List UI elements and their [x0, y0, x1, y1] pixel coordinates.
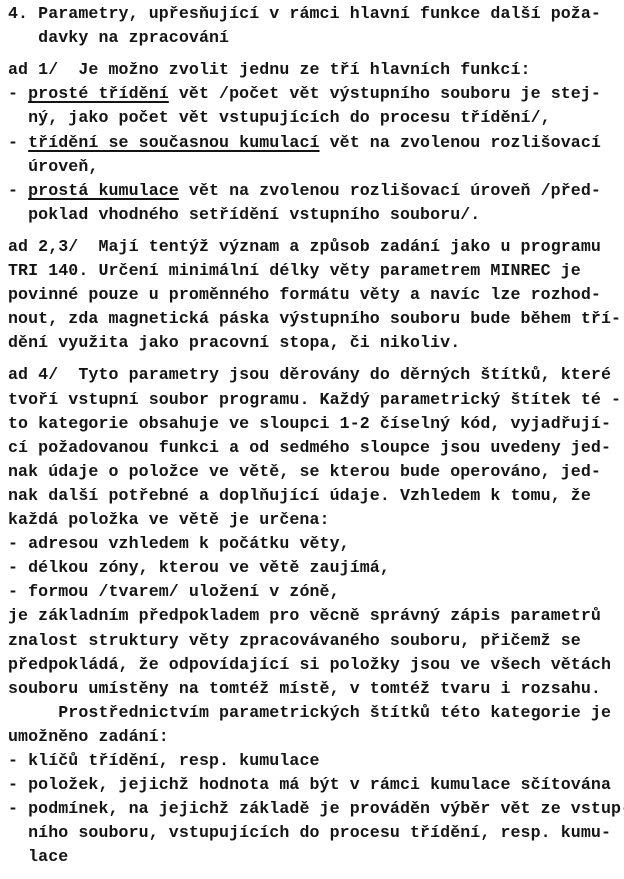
- underlined-term: třídění se současnou kumulací: [28, 133, 319, 152]
- text-line: každá položka ve větě je určena:: [8, 510, 330, 530]
- text-segment: předpokládá, že odpovídající si položky …: [8, 655, 611, 674]
- text-line: úroveň,: [8, 157, 98, 177]
- text-line: - prosté třídění vět /počet vět výstupní…: [8, 84, 601, 104]
- text-line: ný, jako počet vět vstupujících do proce…: [8, 108, 551, 128]
- text-line: tvoří vstupní soubor programu. Každý par…: [8, 390, 621, 410]
- text-line: davky na zpracování: [8, 28, 229, 48]
- text-line: poklad vhodného setřídění vstupního soub…: [8, 205, 480, 225]
- text-segment: - položek, jejichž hodnota má být v rámc…: [8, 775, 611, 794]
- text-segment: nout, zda magnetická páska výstupního so…: [8, 309, 621, 328]
- text-line: lace: [8, 847, 68, 867]
- text-line: - podmínek, na jejichž základě je provád…: [8, 799, 624, 819]
- text-line: nout, zda magnetická páska výstupního so…: [8, 309, 621, 329]
- text-line: ad 2,3/ Mají tentýž význam a způsob zadá…: [8, 237, 601, 257]
- text-line: je základním předpokladem pro věcně sprá…: [8, 606, 601, 626]
- text-line: to kategorie obsahuje ve sloupci 1-2 čís…: [8, 414, 611, 434]
- text-segment: -: [8, 133, 28, 152]
- text-line: ad 4/ Tyto parametry jsou děrovány do dě…: [8, 365, 611, 385]
- text-segment: vět na zvolenou rozlišovací úroveň /před…: [179, 181, 601, 200]
- text-line: - formou /tvarem/ uložení v zóně,: [8, 582, 340, 602]
- text-segment: poklad vhodného setřídění vstupního soub…: [8, 205, 480, 224]
- text-segment: dění využita jako pracovní stopa, či nik…: [8, 333, 460, 352]
- text-segment: ního souboru, vstupujících do procesu tř…: [8, 823, 611, 842]
- text-segment: - délkou zóny, kterou ve větě zaujímá,: [8, 558, 390, 577]
- text-line: dění využita jako pracovní stopa, či nik…: [8, 333, 460, 353]
- text-segment: ad 2,3/ Mají tentýž význam a způsob zadá…: [8, 237, 601, 256]
- text-line: ad 1/ Je možno zvolit jednu ze tří hlavn…: [8, 60, 531, 80]
- underlined-term: prosté třídění: [28, 84, 169, 103]
- text-segment: je základním předpokladem pro věcně sprá…: [8, 606, 601, 625]
- text-segment: -: [8, 84, 28, 103]
- text-segment: každá položka ve větě je určena:: [8, 510, 330, 529]
- text-segment: cí požadovanou funkci a od sedmého sloup…: [8, 438, 611, 457]
- text-line: ního souboru, vstupujících do procesu tř…: [8, 823, 611, 843]
- text-segment: -: [8, 181, 28, 200]
- text-line: - délkou zóny, kterou ve větě zaujímá,: [8, 558, 390, 578]
- text-segment: davky na zpracování: [8, 28, 229, 47]
- text-segment: Prostřednictvím parametrických štítků té…: [8, 703, 611, 722]
- text-line: 4. Parametry, upřesňující v rámci hlavní…: [8, 4, 601, 24]
- text-line: - třídění se současnou kumulací vět na z…: [8, 133, 601, 153]
- text-line: povinné pouze u proměnného formátu věty …: [8, 285, 601, 305]
- text-segment: umožněno zadání:: [8, 727, 169, 746]
- text-segment: ný, jako počet vět vstupujících do proce…: [8, 108, 551, 127]
- text-line: - položek, jejichž hodnota má být v rámc…: [8, 775, 611, 795]
- text-segment: ad 1/ Je možno zvolit jednu ze tří hlavn…: [8, 60, 531, 79]
- text-line: - prostá kumulace vět na zvolenou rozliš…: [8, 181, 601, 201]
- text-segment: vět /počet vět výstupního souboru je ste…: [169, 84, 601, 103]
- text-segment: nak další potřebné a doplňující údaje. V…: [8, 486, 591, 505]
- text-line: - klíčů třídění, resp. kumulace: [8, 751, 320, 771]
- text-segment: povinné pouze u proměnného formátu věty …: [8, 285, 601, 304]
- text-segment: tvoří vstupní soubor programu. Každý par…: [8, 390, 621, 409]
- text-segment: úroveň,: [8, 157, 98, 176]
- text-line: umožněno zadání:: [8, 727, 169, 747]
- text-segment: znalost struktury věty zpracovávaného so…: [8, 631, 581, 650]
- text-segment: nak údaje o položce ve větě, se kterou b…: [8, 462, 601, 481]
- text-line: TRI 140. Určení minimální délky věty par…: [8, 261, 581, 281]
- text-line: - adresou vzhledem k počátku věty,: [8, 534, 350, 554]
- text-segment: vět na zvolenou rozlišovací: [320, 133, 601, 152]
- text-segment: 4. Parametry, upřesňující v rámci hlavní…: [8, 4, 601, 23]
- text-segment: - formou /tvarem/ uložení v zóně,: [8, 582, 340, 601]
- text-segment: - adresou vzhledem k počátku věty,: [8, 534, 350, 553]
- text-segment: souboru umístěny na tomtéž místě, v tomt…: [8, 679, 601, 698]
- text-line: cí požadovanou funkci a od sedmého sloup…: [8, 438, 611, 458]
- text-line: nak další potřebné a doplňující údaje. V…: [8, 486, 591, 506]
- text-segment: TRI 140. Určení minimální délky věty par…: [8, 261, 581, 280]
- text-line: souboru umístěny na tomtéž místě, v tomt…: [8, 679, 601, 699]
- text-segment: lace: [8, 847, 68, 866]
- text-line: nak údaje o položce ve větě, se kterou b…: [8, 462, 601, 482]
- text-segment: to kategorie obsahuje ve sloupci 1-2 čís…: [8, 414, 611, 433]
- typewritten-page: 4. Parametry, upřesňující v rámci hlavní…: [0, 0, 624, 879]
- underlined-term: prostá kumulace: [28, 181, 179, 200]
- text-line: znalost struktury věty zpracovávaného so…: [8, 631, 581, 651]
- text-line: předpokládá, že odpovídající si položky …: [8, 655, 611, 675]
- text-segment: - podmínek, na jejichž základě je provád…: [8, 799, 624, 818]
- text-segment: ad 4/ Tyto parametry jsou děrovány do dě…: [8, 365, 611, 384]
- text-line: Prostřednictvím parametrických štítků té…: [8, 703, 611, 723]
- text-segment: - klíčů třídění, resp. kumulace: [8, 751, 320, 770]
